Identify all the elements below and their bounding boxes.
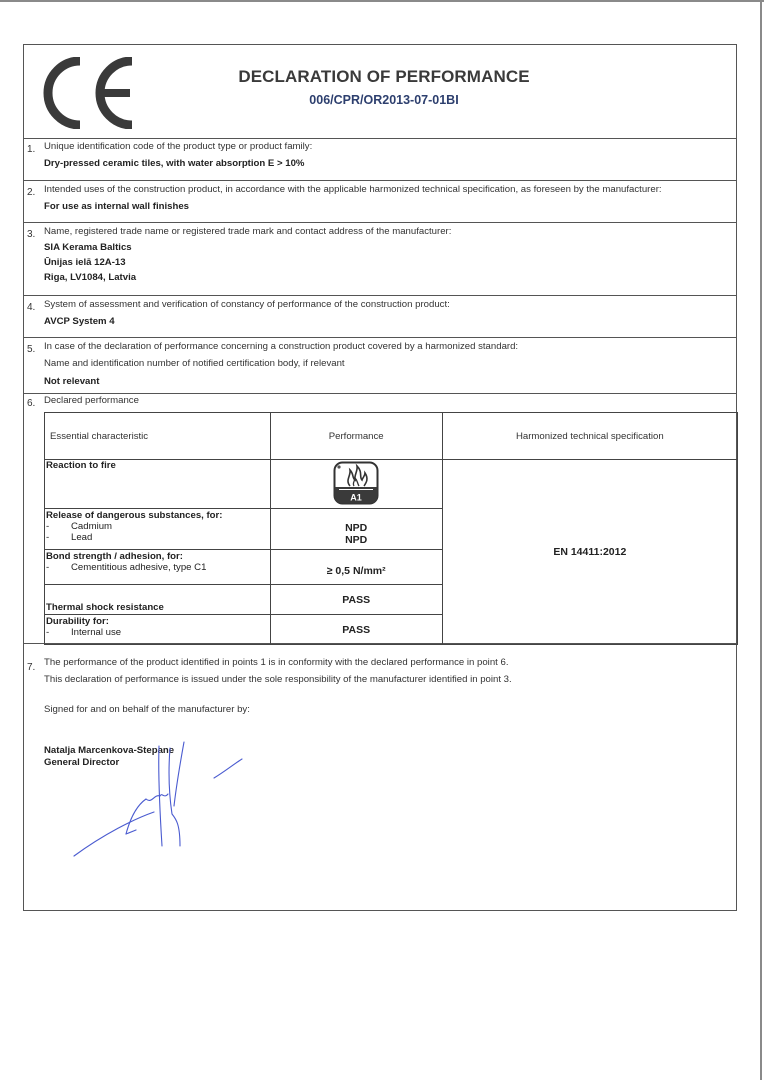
harmonized-spec-cell: EN 14411:2012 [442,460,737,645]
table-header-row: Essential characteristic Performance Har… [45,413,738,460]
performance-value: NPD [271,534,442,546]
harmonized-spec-value: EN 14411:2012 [553,546,626,558]
handwritten-signature [64,734,264,864]
section-4: 4. System of assessment and verification… [24,296,736,338]
section-number: 4. [27,302,35,313]
document-header: DECLARATION OF PERFORMANCE 006/CPR/OR201… [24,45,736,139]
document-code: 006/CPR/OR2013-07-01BI [204,93,564,107]
performance-cell: PASS [270,585,442,615]
notified-body-value: Not relevant [44,376,99,387]
characteristic-title: Release of dangerous substances, for: [45,509,270,521]
document-title: DECLARATION OF PERFORMANCE [204,67,564,87]
header-harmonized-spec-label: Harmonized technical specification [516,431,664,442]
characteristic-cell: Thermal shock resistance [45,585,271,615]
characteristic-cell: Bond strength / adhesion, for: -Cementit… [45,550,271,585]
section-label: System of assessment and verification of… [44,299,450,310]
characteristic-item: -Internal use [45,627,270,638]
responsibility-statement: This declaration of performance is issue… [44,674,512,685]
header-performance: Performance [270,413,442,460]
manufacturer-street: Ūnijas ielā 12A-13 [44,257,126,268]
declared-performance-table: Essential characteristic Performance Har… [44,412,738,645]
characteristic-item: -Lead [45,532,270,543]
performance-value: PASS [271,624,442,636]
section-5: 5. In case of the declaration of perform… [24,338,736,394]
table-row: Reaction to fire A1 EN 14411:2012 [45,460,738,509]
characteristic-cell: Durability for: -Internal use [45,615,271,645]
section-3: 3. Name, registered trade name or regist… [24,223,736,296]
header-harmonized-spec: Harmonized technical specification [442,413,737,460]
conformity-statement: The performance of the product identifie… [44,657,508,668]
section-label: Declared performance [44,395,139,406]
section-label: Intended uses of the construction produc… [44,184,662,195]
characteristic-cell: Release of dangerous substances, for: -C… [45,509,271,550]
section-label: In case of the declaration of performanc… [44,341,518,352]
fire-class-a1-icon: A1 [333,461,379,505]
characteristic-item: -Cementitious adhesive, type C1 [45,562,270,573]
product-type-value: Dry-pressed ceramic tiles, with water ab… [44,158,304,169]
ce-mark-icon [40,57,140,129]
manufacturer-city: Riga, LV1084, Latvia [44,272,136,283]
section-1: 1. Unique identification code of the pro… [24,138,736,181]
performance-value: NPD [271,522,442,534]
section-number: 6. [27,398,35,409]
section-label: Unique identification code of the produc… [44,141,312,152]
characteristic-title: Bond strength / adhesion, for: [45,550,270,562]
intended-use-value: For use as internal wall finishes [44,201,189,212]
header-essential-characteristic: Essential characteristic [45,413,271,460]
performance-cell: ≥ 0,5 N/mm² [270,550,442,585]
avcp-system-value: AVCP System 4 [44,316,115,327]
declaration-frame: DECLARATION OF PERFORMANCE 006/CPR/OR201… [23,44,737,911]
characteristic-title: Reaction to fire [45,460,270,471]
section-number: 1. [27,144,35,155]
performance-value: ≥ 0,5 N/mm² [271,565,442,577]
section-7: 7. The performance of the product identi… [24,644,736,912]
svg-text:A1: A1 [350,493,362,503]
section-number: 3. [27,229,35,240]
page-edge-top [0,0,764,2]
characteristic-cell: Reaction to fire [45,460,271,509]
performance-value: PASS [271,594,442,606]
section-2: 2. Intended uses of the construction pro… [24,181,736,223]
characteristic-title: Durability for: [45,615,270,627]
characteristic-item: -Cadmium [45,521,270,532]
section-sublabel: Name and identification number of notifi… [44,358,345,369]
performance-cell: PASS [270,615,442,645]
section-label: Name, registered trade name or registere… [44,226,451,237]
performance-cell: NPD NPD [270,509,442,550]
page-edge-right [760,0,762,1080]
performance-cell: A1 [270,460,442,509]
section-number: 5. [27,344,35,355]
characteristic-title: Thermal shock resistance [45,602,270,614]
section-number: 7. [27,662,35,673]
section-number: 2. [27,187,35,198]
manufacturer-name: SIA Kerama Baltics [44,242,132,253]
signed-by-label: Signed for and on behalf of the manufact… [44,704,250,715]
